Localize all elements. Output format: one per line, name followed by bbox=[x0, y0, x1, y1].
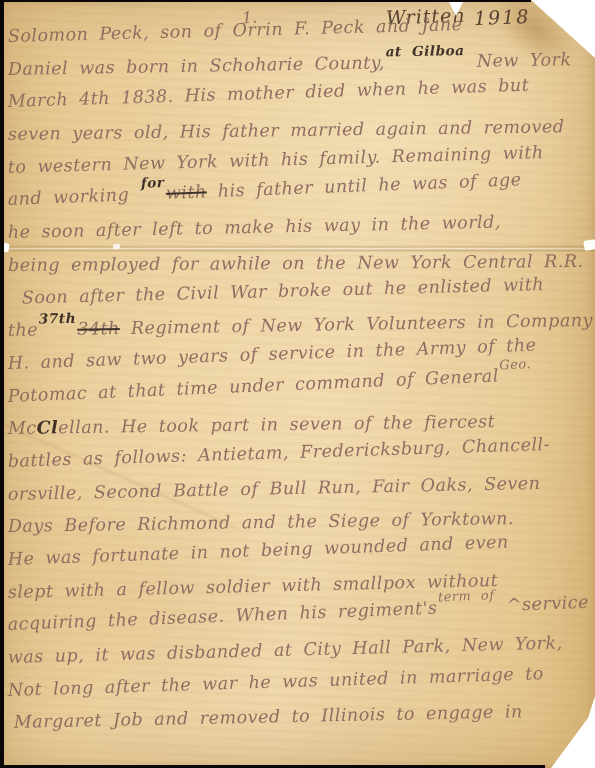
correction-dark: Cl bbox=[37, 419, 59, 439]
line-text: Mc bbox=[8, 419, 37, 439]
correction-strike: with bbox=[166, 183, 208, 205]
correction-strike: 34th bbox=[77, 319, 120, 340]
scan-edge-top bbox=[0, 0, 531, 2]
line-text: New York bbox=[466, 50, 572, 72]
line-text: being employed for awhile on the New Yor… bbox=[8, 252, 584, 276]
fold-tear-right bbox=[583, 239, 595, 251]
correction-above: for bbox=[141, 175, 165, 192]
scan-edge-left bbox=[0, 0, 4, 768]
line-text: ^service bbox=[495, 593, 589, 617]
handwriting-lines: Solomon Peck, son of Orrin F. Peck and J… bbox=[8, 27, 590, 746]
correction-above: 37th bbox=[39, 311, 76, 328]
correction-above_light: term of bbox=[438, 589, 495, 606]
correction-above_light: Geo. bbox=[499, 357, 531, 373]
fold-tear-middle bbox=[113, 244, 120, 250]
line-text: the bbox=[8, 321, 39, 342]
paper: 1. Written 1918 Solomon Peck, son of Orr… bbox=[0, 0, 595, 768]
line-text: and working bbox=[7, 185, 140, 210]
line-text: ellan. He took part in seven of the fier… bbox=[58, 412, 495, 438]
correction-above: at Gilboa bbox=[385, 43, 464, 60]
scan-background: 1. Written 1918 Solomon Peck, son of Orr… bbox=[0, 0, 595, 768]
